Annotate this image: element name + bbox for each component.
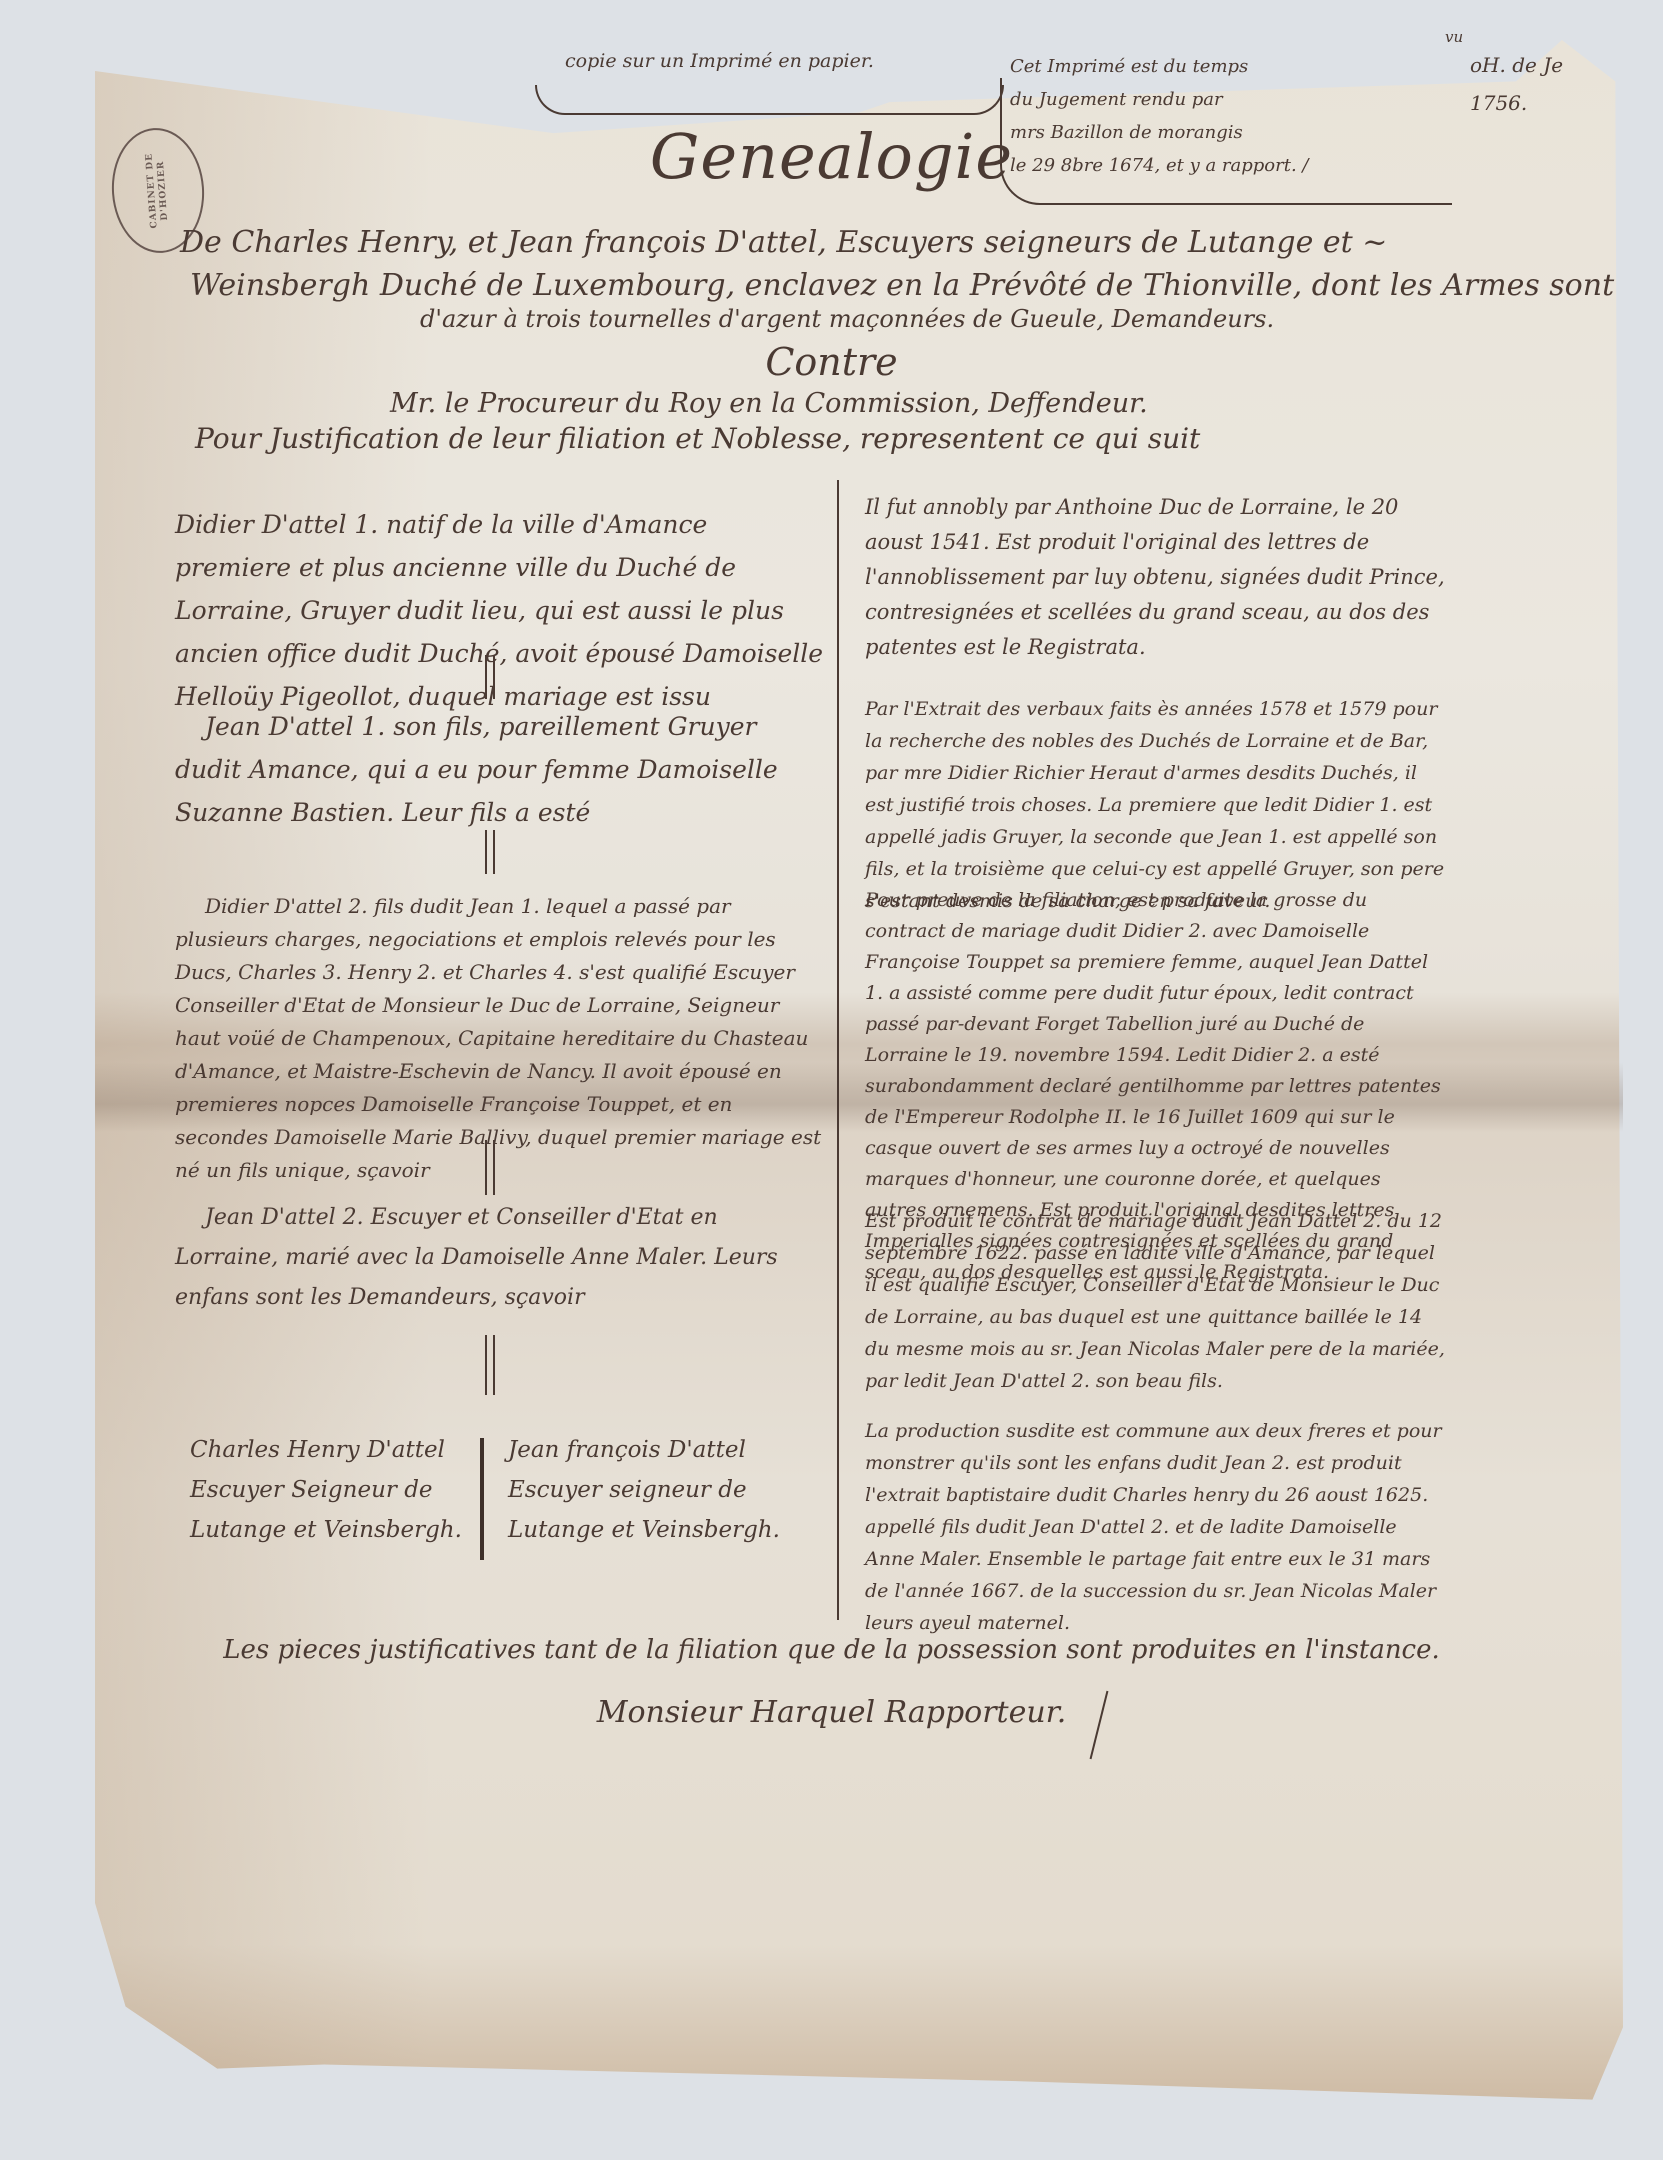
children-row: Charles Henry D'attel Escuyer Seigneur d… bbox=[190, 1430, 830, 1560]
header-line-3: d'azur à trois tournelles d'argent maçon… bbox=[420, 305, 1663, 333]
children-separator bbox=[480, 1438, 484, 1560]
generation-link bbox=[485, 830, 495, 874]
child-line: Escuyer Seigneur de bbox=[190, 1470, 480, 1510]
generation-text: Didier D'attel 2. fils dudit Jean 1. leq… bbox=[175, 890, 825, 1187]
generation-proof: Par l'Extrait des verbaux faits ès année… bbox=[865, 693, 1445, 917]
child-line: Charles Henry D'attel bbox=[190, 1430, 480, 1470]
children-proof-text: La production susdite est commune aux de… bbox=[865, 1415, 1445, 1639]
generation-1-left: Didier D'attel 1. natif de la ville d'Am… bbox=[175, 503, 825, 718]
footer-note: Les pieces justificatives tant de la fil… bbox=[0, 1635, 1663, 1665]
child-line: Lutange et Veinsbergh. bbox=[508, 1510, 798, 1550]
generation-proof: Est produit le contrat de mariage dudit … bbox=[865, 1205, 1445, 1397]
generation-text: Jean D'attel 2. Escuyer et Conseiller d'… bbox=[175, 1198, 825, 1318]
child-charles-henry: Charles Henry D'attel Escuyer Seigneur d… bbox=[190, 1430, 480, 1560]
header-line-2: Weinsbergh Duché de Luxembourg, enclavez… bbox=[190, 268, 1510, 303]
annotation-reference: vu oH. de Je 1756. bbox=[1470, 28, 1563, 122]
defendant-line: Mr. le Procureur du Roy en la Commission… bbox=[390, 388, 1663, 419]
reference-line: oH. de Je bbox=[1470, 46, 1563, 84]
column-divider bbox=[837, 480, 839, 1620]
annotation-copy-note: copie sur un Imprimé en papier. bbox=[565, 50, 1015, 72]
generation-4-left: Jean D'attel 2. Escuyer et Conseiller d'… bbox=[175, 1198, 825, 1318]
generation-link bbox=[485, 1140, 495, 1195]
child-line: Escuyer seigneur de bbox=[508, 1470, 798, 1510]
contre-heading: Contre bbox=[0, 340, 1663, 384]
child-line: Lutange et Veinsbergh. bbox=[190, 1510, 480, 1550]
rapporteur-signature: Monsieur Harquel Rapporteur. bbox=[0, 1695, 1663, 1730]
reference-line: vu bbox=[1445, 28, 1563, 46]
generation-link bbox=[485, 655, 495, 699]
child-jean-francois: Jean françois D'attel Escuyer seigneur d… bbox=[508, 1430, 798, 1560]
generation-2-left: Jean D'attel 1. son fils, pareillement G… bbox=[175, 705, 825, 834]
generation-4-right: Est produit le contrat de mariage dudit … bbox=[865, 1205, 1445, 1397]
annotation-bracket bbox=[535, 85, 1004, 115]
purpose-line: Pour Justification de leur filiation et … bbox=[195, 422, 1515, 455]
generation-link bbox=[485, 1335, 495, 1395]
generation-1-right: Il fut annobly par Anthoine Duc de Lorra… bbox=[865, 490, 1445, 665]
document-title: Genealogie bbox=[0, 120, 1663, 193]
generation-proof: Il fut annobly par Anthoine Duc de Lorra… bbox=[865, 490, 1445, 665]
reference-line: 1756. bbox=[1470, 84, 1563, 122]
generation-text: Jean D'attel 1. son fils, pareillement G… bbox=[175, 705, 825, 834]
generation-text: Didier D'attel 1. natif de la ville d'Am… bbox=[175, 503, 825, 718]
generation-2-right: Par l'Extrait des verbaux faits ès année… bbox=[865, 693, 1445, 917]
children-proof: La production susdite est commune aux de… bbox=[865, 1415, 1445, 1639]
header-line-1: De Charles Henry, et Jean françois D'att… bbox=[180, 225, 1500, 260]
child-line: Jean françois D'attel bbox=[508, 1430, 798, 1470]
generation-3-left: Didier D'attel 2. fils dudit Jean 1. leq… bbox=[175, 890, 825, 1187]
